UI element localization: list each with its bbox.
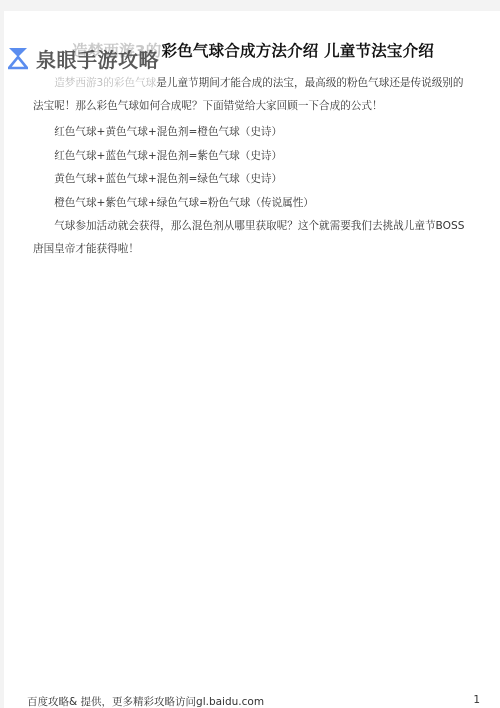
formula-line: 红色气球+黄色气球+混色剂=橙色气球（史诗） [33,121,473,145]
watermark-text: 泉眼手游攻略 [36,44,159,73]
watermark: 泉眼手游攻略 [8,43,159,73]
page-number: 1 [473,694,480,706]
formula-line: 黄色气球+蓝色气球+混色剂=绿色气球（史诗） [33,168,473,192]
intro-faded-prefix: 造梦西游3的彩色气球 [54,77,156,89]
formula-line: 橙色气球+紫色气球+绿色气球=粉色气球（传说属性） [33,192,473,216]
formula-line: 红色气球+蓝色气球+混色剂=紫色气球（史诗） [33,145,473,169]
closing-paragraph: 气球参加活动就会获得，那么混色剂从哪里获取呢？这个就需要我们去挑战儿童节BOSS… [33,215,473,260]
document-page: 造梦西游3的彩色气球合成方法介绍 儿童节法宝介绍 泉眼手游攻略 造梦西游3的彩色… [4,11,500,708]
footer-source: 百度攻略& 提供，更多精彩攻略访问gl.baidu.com [27,694,264,708]
hourglass-triangle-logo-icon [8,46,28,70]
article-body: 造梦西游3的彩色气球是儿童节期间才能合成的法宝，最高级的粉色气球还是传说级别的法… [33,72,473,260]
title-main: 彩色气球合成方法介绍 儿童节法宝介绍 [162,42,435,60]
intro-paragraph: 造梦西游3的彩色气球是儿童节期间才能合成的法宝，最高级的粉色气球还是传说级别的法… [33,72,473,117]
